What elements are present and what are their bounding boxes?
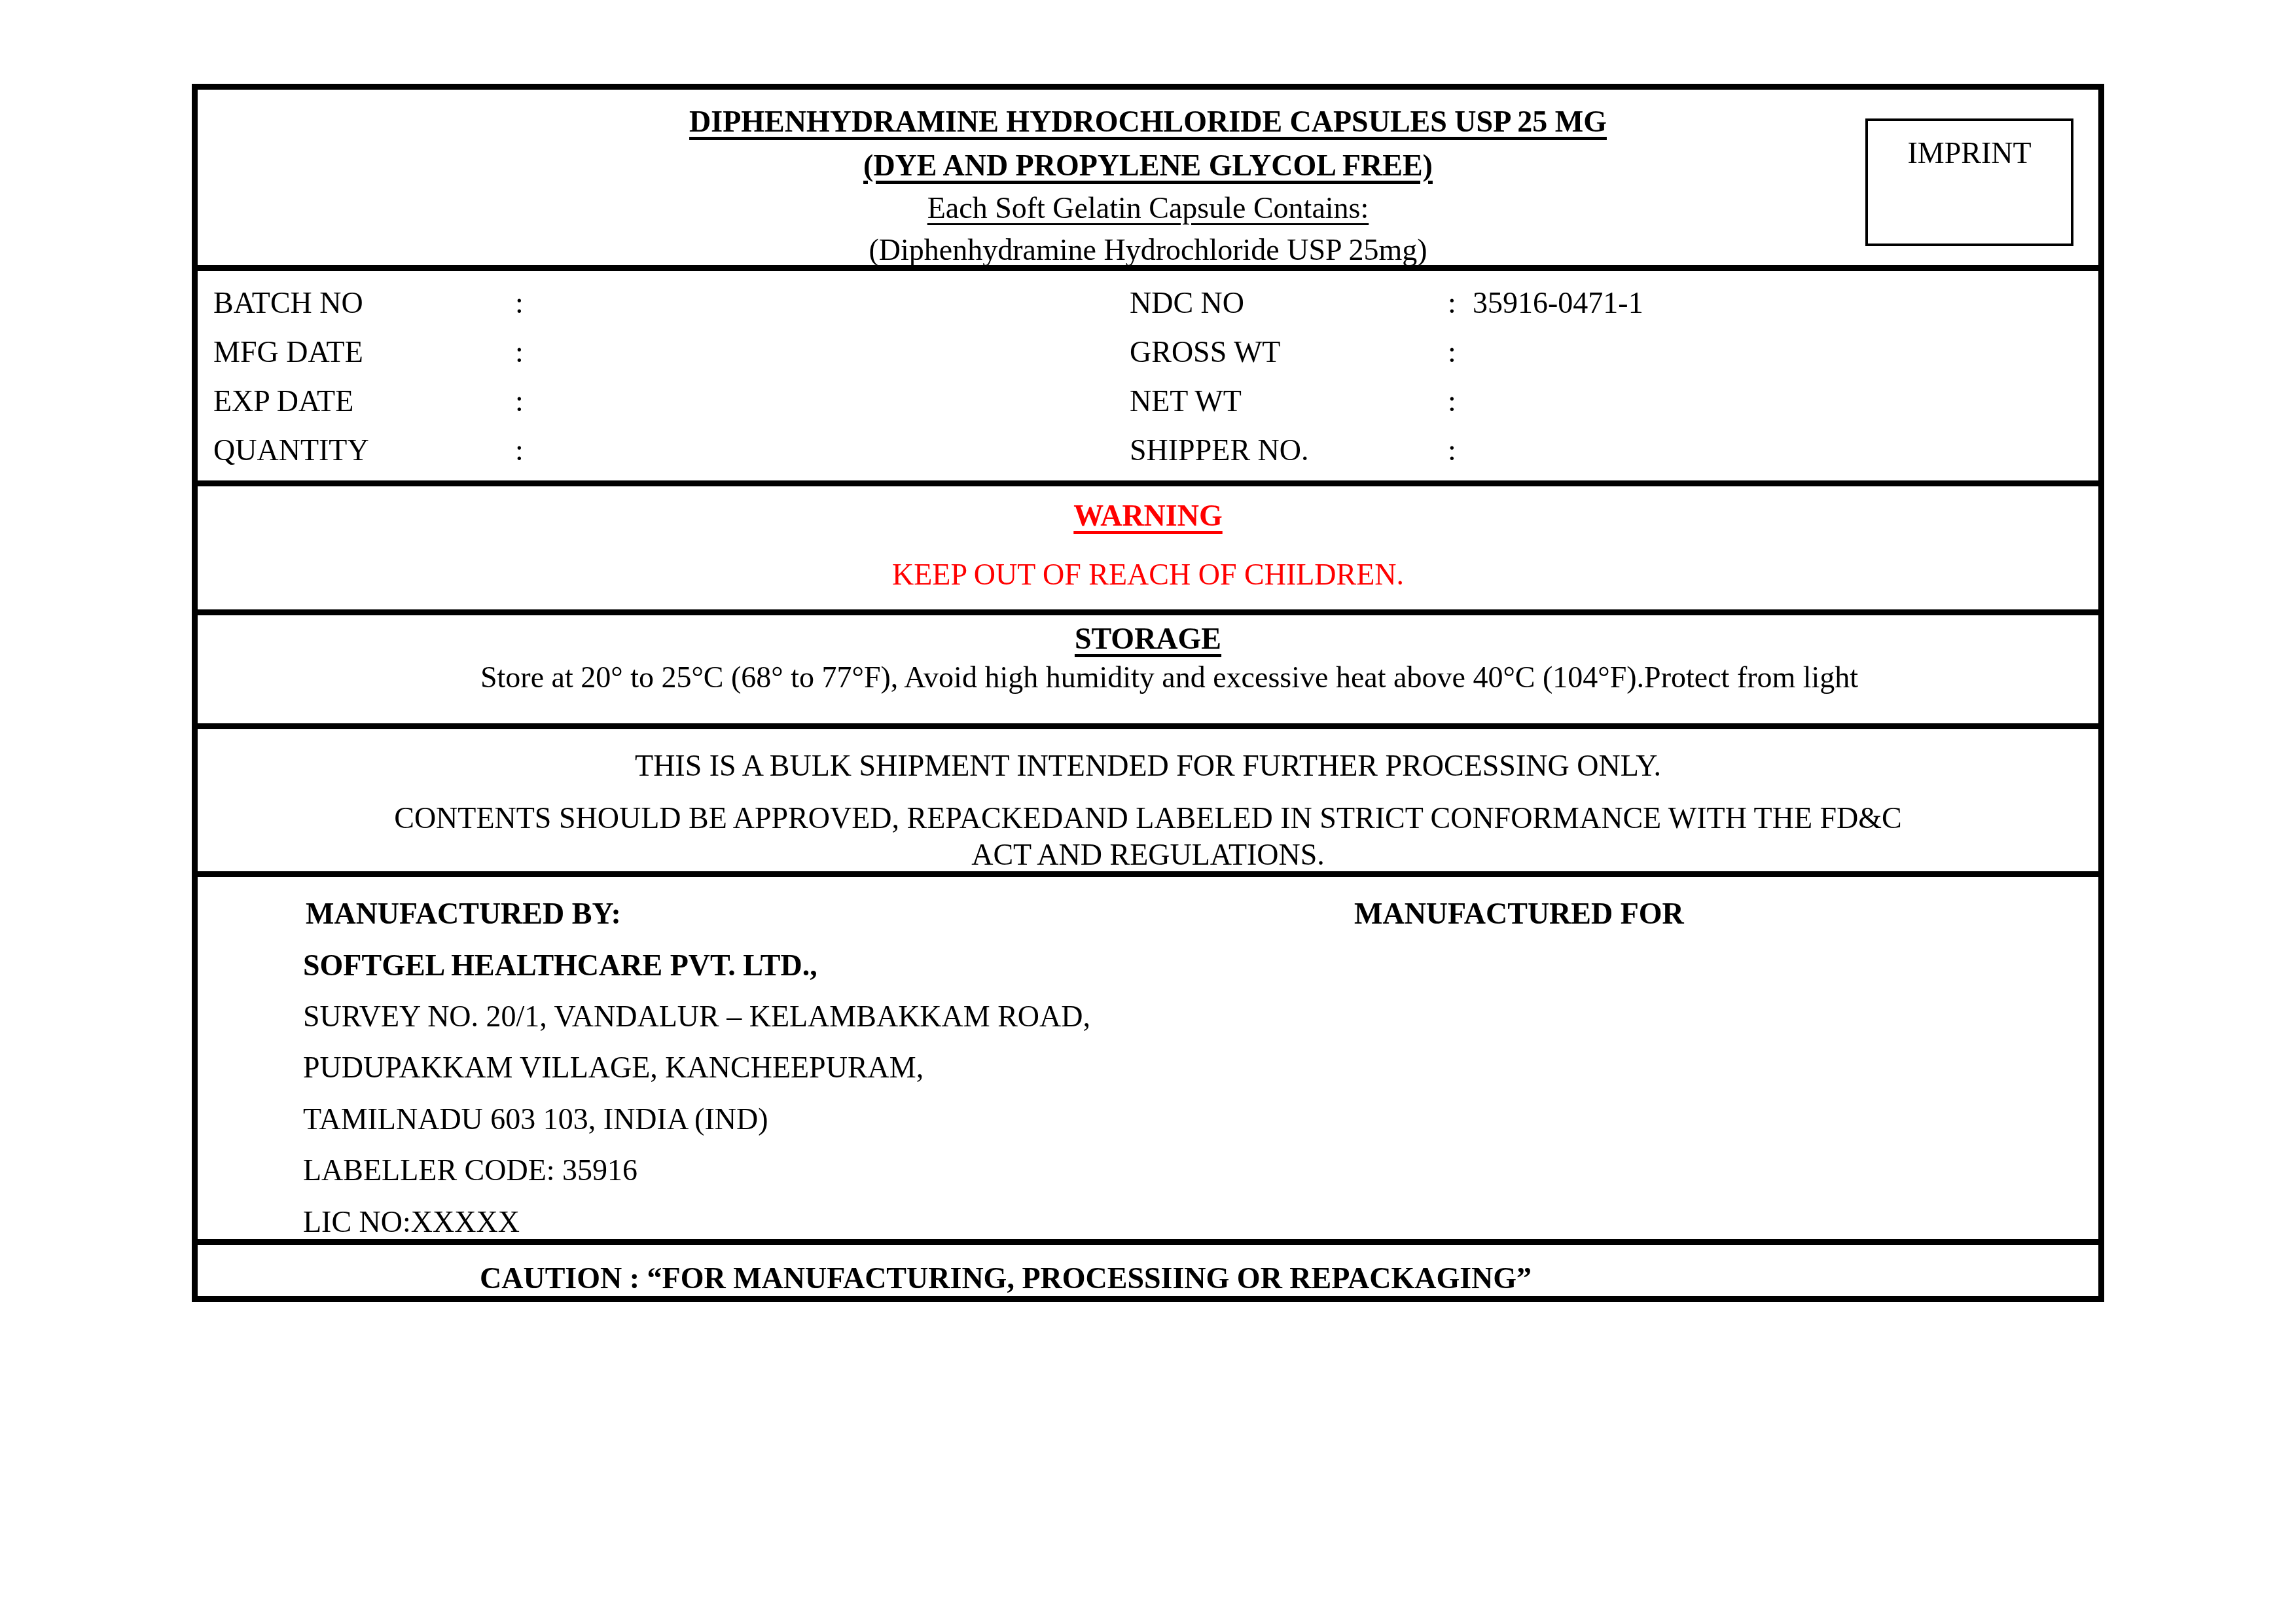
license-number: LIC NO:XXXXX [303,1207,520,1237]
shipper-no-colon: : [1448,435,1456,465]
manufacturer-address-line: TAMILNADU 603 103, INDIA (IND) [303,1104,768,1134]
imprint-label: IMPRINT [1868,135,2071,170]
labeller-code: LABELLER CODE: 35916 [303,1155,637,1185]
bulk-line-3: ACT AND REGULATIONS. [198,840,2098,870]
gross-wt-colon: : [1448,337,1456,367]
warning-heading: WARNING [198,501,2098,531]
divider [198,609,2098,615]
ndc-no-colon: : [1448,288,1456,318]
quantity-label: QUANTITY [213,435,369,465]
ndc-no-label: NDC NO [1130,288,1244,318]
divider [198,723,2098,729]
bulk-line-2: CONTENTS SHOULD BE APPROVED, REPACKEDAND… [198,803,2098,833]
mfg-date-colon: : [515,337,524,367]
exp-date-label: EXP DATE [213,386,353,416]
exp-date-colon: : [515,386,524,416]
divider [198,1239,2098,1245]
storage-text: Store at 20° to 25°C (68° to 77°F), Avoi… [480,662,1858,693]
manufacturer-company: SOFTGEL HEALTHCARE PVT. LTD., [303,950,817,981]
product-label: DIPHENHYDRAMINE HYDROCHLORIDE CAPSULES U… [192,84,2104,1302]
mfg-date-label: MFG DATE [213,337,363,367]
manufacturer-address-line: SURVEY NO. 20/1, VANDALUR – KELAMBAKKAM … [303,1001,1090,1032]
imprint-box: IMPRINT [1865,118,2073,246]
gross-wt-label: GROSS WT [1130,337,1280,367]
divider [198,480,2098,486]
ndc-no-value: 35916-0471-1 [1473,288,1643,318]
bulk-line-1: THIS IS A BULK SHIPMENT INTENDED FOR FUR… [198,751,2098,781]
shipper-no-label: SHIPPER NO. [1130,435,1309,465]
manufactured-by-heading: MANUFACTURED BY: [306,899,621,929]
net-wt-colon: : [1448,386,1456,416]
manufacturer-address-line: PUDUPAKKAM VILLAGE, KANCHEEPURAM, [303,1053,924,1083]
caution-text: CAUTION : “FOR MANUFACTURING, PROCESSIIN… [480,1263,1532,1293]
batch-no-colon: : [515,288,524,318]
warning-text: KEEP OUT OF REACH OF CHILDREN. [198,560,2098,590]
net-wt-label: NET WT [1130,386,1242,416]
storage-heading: STORAGE [198,624,2098,654]
contains-value: (Diphenhydramine Hydrochloride USP 25mg) [198,235,2098,265]
quantity-colon: : [515,435,524,465]
manufactured-for-heading: MANUFACTURED FOR [1354,899,1684,929]
divider [198,265,2098,271]
product-title: DIPHENHYDRAMINE HYDROCHLORIDE CAPSULES U… [198,107,2098,137]
divider [198,871,2098,877]
product-subtitle: (DYE AND PROPYLENE GLYCOL FREE) [198,151,2098,181]
batch-no-label: BATCH NO [213,288,363,318]
contains-label: Each Soft Gelatin Capsule Contains: [198,193,2098,223]
